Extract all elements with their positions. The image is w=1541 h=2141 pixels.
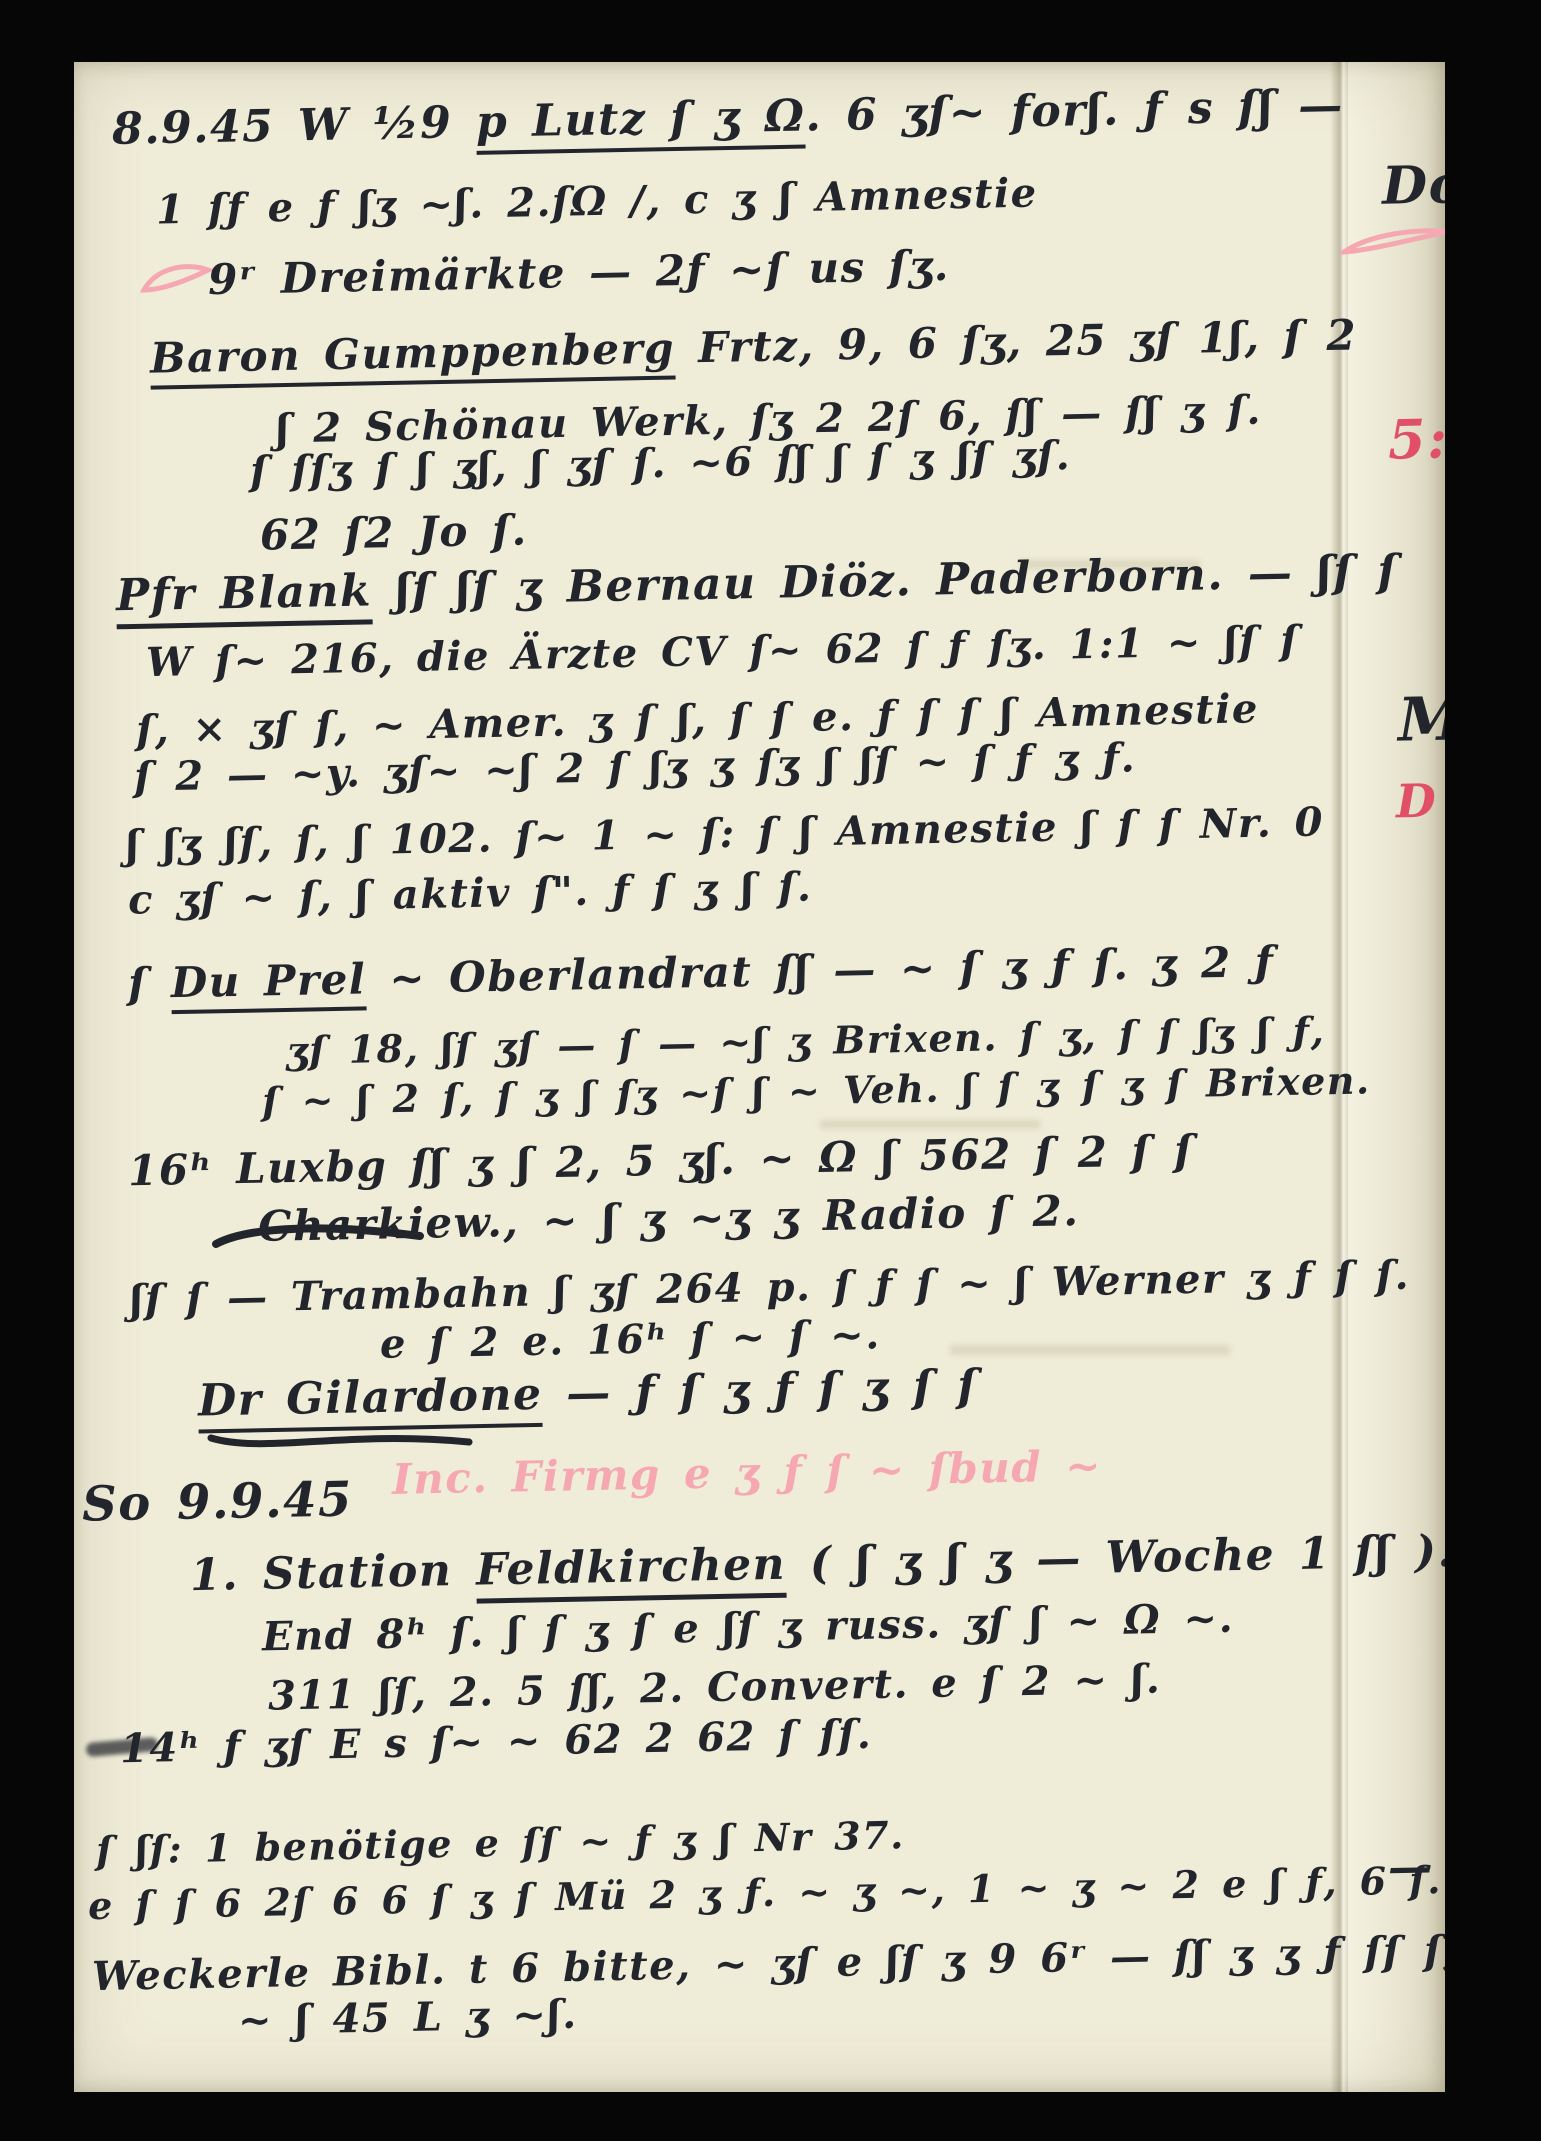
photo-frame-left <box>0 0 74 2141</box>
handwritten-line: e ſ 2 e. 16ʰ ſ ~ ſ ~. <box>380 1315 881 1365</box>
next-page-dash-mark: — <box>1388 1846 1434 1891</box>
pink-check-mark <box>138 258 216 302</box>
ink-underline-swash <box>205 1424 475 1458</box>
underlined-name-lutz: p Lutz ſ ʒ Ω <box>476 91 806 155</box>
handwritten-line-45: ~ ʃ 45 L ʒ ~ʃ. <box>238 1995 578 2042</box>
underlined-name-blank: Pfr Blank <box>116 565 373 629</box>
bleed-through-mark <box>820 1120 1040 1129</box>
photo-frame-bottom <box>0 2092 1541 2141</box>
handwritten-line: 62 ſ2 Jo ſ. <box>260 509 528 556</box>
photo-frame-top <box>0 0 1541 62</box>
bleed-through-mark <box>950 1345 1230 1355</box>
underlined-name-gumppenberg: Baron Gumppenberg <box>150 324 676 390</box>
underlined-name-du-prel: Du Prel <box>170 954 367 1014</box>
next-page-red-number: 5: <box>1387 411 1449 466</box>
line-text: 8.9.45 W ½9 <box>112 97 477 155</box>
pink-stroke-mark <box>1340 222 1450 262</box>
next-page-red-d-mark: D <box>1396 778 1438 825</box>
photo-frame-right <box>1445 0 1541 2141</box>
underlined-name-feldkirchen: Feldkirchen <box>476 1539 787 1604</box>
scanned-diary-page: 8.9.45 W ½9 p Lutz ſ ʒ Ω. 6 ʒſ~ forʃ. ƒ … <box>0 0 1541 2141</box>
handwritten-line-date-entry2: So 9.9.45 <box>82 1475 354 1528</box>
line-text: . 6 ʒſ~ forʃ. ƒ s ſʃ — <box>805 80 1344 141</box>
